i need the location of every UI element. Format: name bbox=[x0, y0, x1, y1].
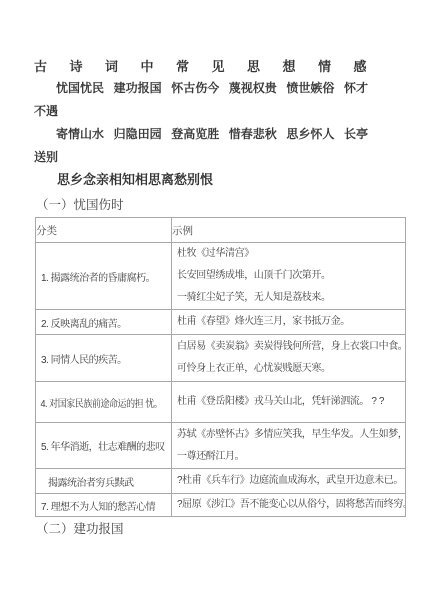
phrase: 建功报国 bbox=[114, 77, 162, 100]
table-row: 4. 对国家民族前途命运的担 忧。 杜甫《登岳阳楼》戎马关山北，凭轩涕泗流。 ?… bbox=[36, 382, 406, 423]
table-row: 7. 理想不为人知的愁苦心情 ?屈原《涉江》吾不能变心以从俗兮，固将愁苦而终穷。 bbox=[36, 494, 406, 517]
category-cell: 1. 揭露统治者的昏庸腐朽。 bbox=[36, 269, 171, 284]
example-line: 一尊还酹江月。 bbox=[172, 446, 405, 468]
table-row: 揭露统治者穷兵黩武 ?杜甫《兵车行》边庭流血成海水，武皇开边意未已。 bbox=[36, 469, 406, 494]
category-cell: 7. 理想不为人知的愁苦心情 bbox=[36, 498, 171, 513]
table-row: 2. 反映离乱的痛苦。 杜甫《春望》烽火连三月，家书抵万金。 bbox=[36, 310, 406, 335]
phrase: 归隐田园 bbox=[114, 123, 162, 146]
example-line: ?屈原《涉江》吾不能变心以从俗兮，固将愁苦而终穷。 bbox=[172, 494, 405, 516]
category-cell: 5. 年华消逝，壮志难酬的悲叹 bbox=[36, 438, 171, 453]
document-title: 古诗词中常见思想情感 bbox=[34, 57, 423, 77]
phrase: 忧国忧民 bbox=[56, 77, 104, 100]
emotion-examples-table: 分类 示例 1. 揭露统治者的昏庸腐朽。 杜牧《过华清宫》 长安回望绣成堆，山顶… bbox=[35, 217, 406, 517]
category-cell: 4. 对国家民族前途命运的担 忧。 bbox=[36, 395, 158, 410]
example-line: 杜牧《过华清宫》 bbox=[172, 243, 405, 265]
example-line: 一骑红尘妃子笑，无人知是荔枝来。 bbox=[172, 287, 405, 309]
intro-phrase-line-2-continuation: 送别 bbox=[34, 146, 423, 169]
phrase: 登高览胜 bbox=[171, 123, 219, 146]
column-header-example: 示例 bbox=[172, 218, 406, 243]
intro-bold-heading: 思乡念亲相知相思离愁别恨 bbox=[57, 169, 423, 190]
phrase: 愤世嫉俗 bbox=[286, 77, 334, 100]
table-row: 1. 揭露统治者的昏庸腐朽。 杜牧《过华清宫》 长安回望绣成堆，山顶千门次第开。… bbox=[36, 243, 406, 310]
phrase: 长亭 bbox=[344, 123, 368, 146]
intro-phrase-line-2: 寄情山水 归隐田园 登高览胜 惜春悲秋 思乡怀人 长亭 bbox=[56, 123, 368, 146]
intro-phrase-line-1-continuation: 不遇 bbox=[34, 100, 423, 123]
example-line: 可怜身上衣正单，心忧炭贱愿天寒。 bbox=[172, 358, 405, 380]
section-2-heading: （二）建功报国 bbox=[36, 520, 423, 538]
example-line: 白居易《卖炭翁》卖炭得钱何所营，身上衣裳口中食。 bbox=[172, 336, 405, 358]
table-header-row: 分类 示例 bbox=[36, 218, 406, 243]
phrase: 寄情山水 bbox=[56, 123, 104, 146]
category-cell: 3. 同情人民的疾苦。 bbox=[36, 351, 171, 366]
example-line: 杜甫《春望》烽火连三月，家书抵万金。 bbox=[172, 311, 405, 333]
table-row: 3. 同情人民的疾苦。 白居易《卖炭翁》卖炭得钱何所营，身上衣裳口中食。 可怜身… bbox=[36, 335, 406, 382]
example-line: ?杜甫《兵车行》边庭流血成海水，武皇开边意未已。 bbox=[172, 470, 405, 492]
category-cell: 2. 反映离乱的痛苦。 bbox=[36, 315, 171, 330]
example-line: 苏轼《赤壁怀古》多情应笑我，早生华发。人生如梦， bbox=[172, 424, 405, 446]
phrase: 怀才 bbox=[344, 77, 368, 100]
example-line: 杜甫《登岳阳楼》戎马关山北，凭轩涕泗流。 ? ? bbox=[172, 391, 405, 413]
example-line: 长安回望绣成堆，山顶千门次第开。 bbox=[172, 265, 405, 287]
phrase: 思乡怀人 bbox=[286, 123, 334, 146]
document-page: 古诗词中常见思想情感 忧国忧民 建功报国 怀古伤今 蔑视权贵 愤世嫉俗 怀才 不… bbox=[0, 0, 423, 600]
table-row: 5. 年华消逝，壮志难酬的悲叹 苏轼《赤壁怀古》多情应笑我，早生华发。人生如梦，… bbox=[36, 423, 406, 469]
category-cell: 揭露统治者穷兵黩武 bbox=[36, 474, 171, 489]
section-1-heading: （一）忧国伤时 bbox=[36, 195, 423, 215]
intro-phrase-line-1: 忧国忧民 建功报国 怀古伤今 蔑视权贵 愤世嫉俗 怀才 bbox=[56, 77, 368, 100]
phrase: 惜春悲秋 bbox=[229, 123, 277, 146]
column-header-category: 分类 bbox=[36, 218, 172, 243]
phrase: 怀古伤今 bbox=[171, 77, 219, 100]
phrase: 蔑视权贵 bbox=[229, 77, 277, 100]
